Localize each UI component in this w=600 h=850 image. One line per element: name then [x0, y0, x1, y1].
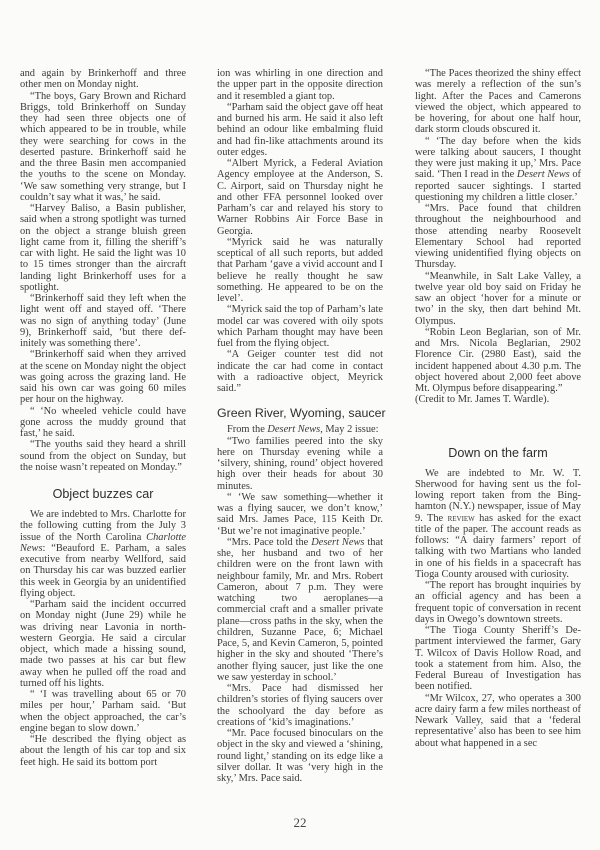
- paragraph: “ ‘No wheeled vehicle could have gone ac…: [20, 406, 186, 440]
- paragraph: “Albert Myrick, a Federal Aviation Agenc…: [217, 158, 383, 237]
- paragraph: “Mr. Pace focused binoculars on the obje…: [217, 728, 383, 784]
- publication-title: Desert News: [267, 424, 320, 435]
- column-2: ion was whirling in one direction and th…: [217, 68, 383, 784]
- paragraph: “Robin Leon Beglarian, son of Mr. and Mr…: [415, 327, 581, 395]
- paragraph: “The Tioga County Sheriff’s De­partment …: [415, 625, 581, 693]
- paragraph: “Brinkerhoff said when they arriv­ed at …: [20, 349, 186, 405]
- paragraph: “Mrs. Pace found that children throughou…: [415, 203, 581, 271]
- paragraph: ion was whirling in one direction and th…: [217, 68, 383, 102]
- paragraph: “The boys, Gary Brown and Richard Briggs…: [20, 91, 186, 204]
- paragraph: “Meanwhile, in Salt Lake Valley, a twelv…: [415, 271, 581, 327]
- paragraph: “Mrs. Pace had dismissed her children’s …: [217, 683, 383, 728]
- section-heading-green-river: Green River, Wyoming, saucer: [217, 406, 383, 420]
- paragraph: “The report has brought inquiries by an …: [415, 580, 581, 625]
- paragraph: “He described the flying object as about…: [20, 734, 186, 768]
- paragraph: “Harvey Baliso, a Basin publisher, said …: [20, 203, 186, 293]
- text: From the: [227, 424, 267, 435]
- text: “Mrs. Pace told the: [227, 537, 311, 548]
- paragraph: “The youths said they heard a shrill sou…: [20, 439, 186, 473]
- paragraph: and again by Brinkerhoff and three other…: [20, 68, 186, 91]
- column-1: and again by Brinkerhoff and three other…: [20, 68, 186, 768]
- credit-line: (Credit to Mr. James T. Wardle).: [415, 394, 581, 405]
- text: that she, her husband and two of her chi…: [217, 537, 383, 683]
- paragraph: We are indebted to Mr. W. T. Sherwood fo…: [415, 468, 581, 581]
- publication-name: review: [448, 513, 475, 524]
- paragraph: “Myrick said he was naturally sceptical …: [217, 237, 383, 305]
- text: : “Beauford E. Parham, a sales executive…: [20, 543, 186, 599]
- paragraph: “Two families peered into the sky here o…: [217, 436, 383, 492]
- paragraph: From the Desert News, May 2 issue:: [217, 424, 383, 435]
- paragraph: We are indebted to Mrs. Charlotte for th…: [20, 509, 186, 599]
- paragraph: “Mr Wilcox, 27, who operates a 300 acre …: [415, 693, 581, 749]
- paragraph: “Mrs. Pace told the Desert News that she…: [217, 537, 383, 683]
- paragraph: “The Paces theorized the shiny effect wa…: [415, 68, 581, 136]
- paragraph: “ ‘The day before when the kids were tal…: [415, 136, 581, 204]
- paragraph: “A Geiger counter test did not indicate …: [217, 349, 383, 394]
- publication-title: Desert News: [517, 169, 570, 180]
- paragraph: “Parham said the object gave off heat an…: [217, 102, 383, 158]
- section-heading-down-on-the-farm: Down on the farm: [415, 446, 581, 460]
- paragraph: “ ‘I was travelling about 65 or 70 miles…: [20, 689, 186, 734]
- page-number: 22: [0, 815, 600, 831]
- column-3: “The Paces theorized the shiny effect wa…: [415, 68, 581, 749]
- publication-title: Desert News: [311, 537, 364, 548]
- paragraph: “ ‘We saw something—whether it was a fly…: [217, 492, 383, 537]
- paragraph: “Brinkerhoff said they left when the lig…: [20, 293, 186, 349]
- paragraph: “Parham said the incident occurred on Mo…: [20, 599, 186, 689]
- paragraph: “Myrick said the top of Parham’s late mo…: [217, 304, 383, 349]
- section-heading-object-buzzes-car: Object buzzes car: [20, 487, 186, 501]
- text: , May 2 issue:: [320, 424, 378, 435]
